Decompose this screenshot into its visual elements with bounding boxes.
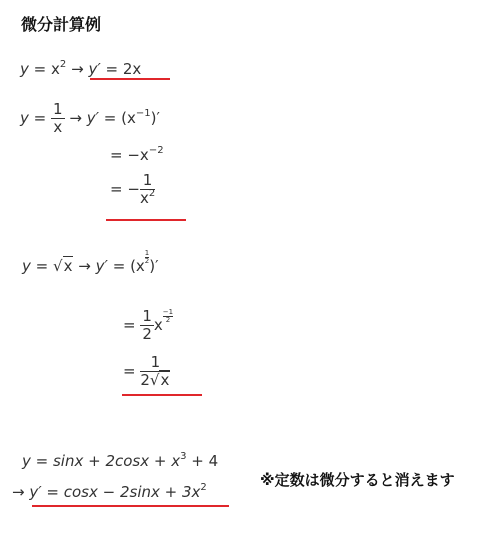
fraction-1-over-x: 1x (51, 101, 65, 136)
reciprocal-step-2: = −x−2 (110, 146, 164, 164)
var-y: y (22, 257, 31, 275)
exponent: −2 (149, 145, 164, 156)
sqrt-step-2: = 12x−12 (123, 308, 173, 343)
numerator: 1 (140, 308, 154, 326)
example-sqrt: y = √x → y′ = (x12)′ (22, 250, 159, 275)
answer-underline (90, 78, 170, 80)
fraction-1-over-2sqrtx: 12√x (140, 354, 170, 389)
denominator: 2√x (140, 372, 170, 389)
y-prime: y′ (87, 109, 99, 127)
reciprocal-step-3: = −1x2 (110, 172, 155, 207)
base-x: x (51, 60, 60, 78)
example-trig-derivative: → y′ = cosx − 2sinx + 3x2 (12, 483, 207, 501)
arrow-icon: → (78, 257, 91, 275)
equals-sign: = (36, 257, 49, 275)
denominator: 2 (140, 326, 154, 343)
function-expression: y = sinx + 2cosx + x (22, 452, 180, 470)
constant-term: + 4 (186, 452, 218, 470)
arrow-icon: → (71, 60, 84, 78)
fraction-1-over-x2: 1x2 (140, 172, 155, 207)
derivative-result: 2x (123, 60, 141, 78)
fraction-1-over-2: 12 (140, 308, 154, 343)
var-y: y (20, 109, 29, 127)
exponent: 2 (149, 188, 155, 199)
answer-underline (122, 394, 202, 396)
minus-sign: − (127, 180, 140, 198)
denominator: x2 (140, 190, 155, 207)
equals-sign: = (104, 109, 117, 127)
example-reciprocal: y = 1x → y′ = (x−1)′ (20, 101, 160, 136)
example-power: y = x2 → y′ = 2x (20, 60, 141, 78)
numerator: 1 (169, 308, 173, 316)
denominator: 2 (163, 317, 173, 324)
page-title: 微分計算例 (21, 12, 101, 35)
answer-underline (32, 505, 229, 507)
y-prime: y′ (96, 257, 108, 275)
exponent: 2 (200, 482, 206, 493)
equals-sign: = (123, 316, 136, 334)
exponent: −1 (136, 108, 151, 119)
equals-sign: = (113, 257, 126, 275)
equals-sign: = (110, 146, 123, 164)
exponent-fraction: −12 (163, 309, 173, 324)
equals-sign: = (110, 180, 123, 198)
step-1: (x (130, 257, 145, 275)
step-1-close: )′ (151, 109, 160, 127)
sqrt-step-3: = 12√x (123, 354, 170, 389)
numerator: 1 (51, 101, 65, 119)
den-coef: 2 (140, 371, 150, 389)
radicand: x (63, 256, 74, 275)
step-1: (x (121, 109, 136, 127)
example-trig-function: y = sinx + 2cosx + x3 + 4 (22, 452, 218, 470)
sqrt-icon: √ (53, 257, 63, 275)
denominator: x (51, 119, 65, 136)
constant-note: ※定数は微分すると消えます (260, 469, 455, 490)
sqrt-x: √x (53, 257, 73, 275)
y-prime: y′ (88, 60, 100, 78)
base-x: x (154, 316, 163, 334)
arrow-icon: → (12, 483, 25, 501)
step-2: −x (127, 146, 148, 164)
radicand: x (159, 370, 170, 389)
answer-underline (106, 219, 186, 221)
arrow-icon: → (69, 109, 82, 127)
equals-sign: = (106, 60, 119, 78)
derivative-expression: y′ = cosx − 2sinx + 3x (29, 483, 200, 501)
den-base: x (140, 189, 149, 207)
equals-sign: = (123, 362, 136, 380)
exponent: 2 (60, 59, 66, 70)
equals-sign: = (34, 60, 47, 78)
var-y: y (20, 60, 29, 78)
equals-sign: = (34, 109, 47, 127)
step-1-close: )′ (149, 257, 158, 275)
